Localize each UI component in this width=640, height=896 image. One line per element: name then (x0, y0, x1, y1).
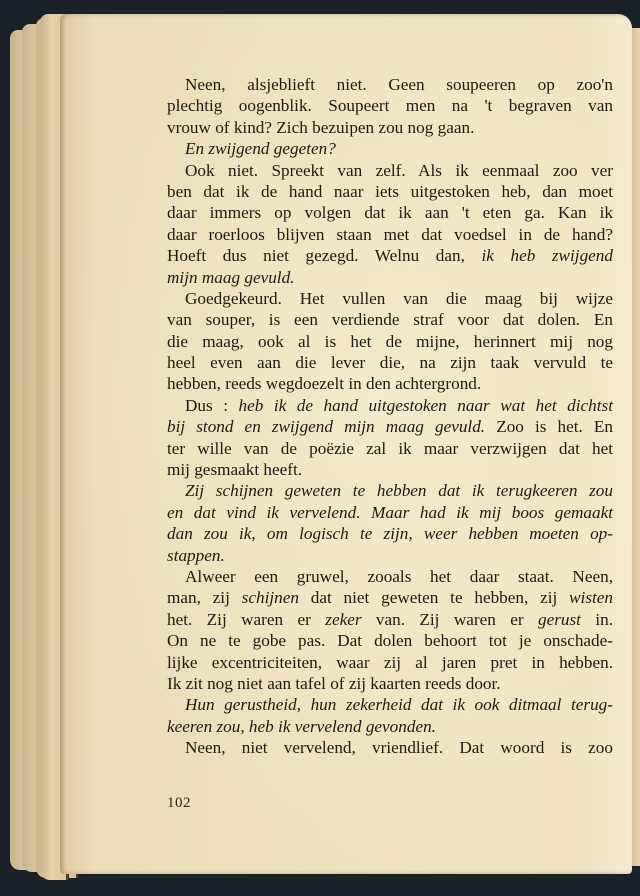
italic-text: En zwijgend gegeten? (185, 139, 336, 158)
text-segment: Zoo is het. En (485, 417, 613, 436)
italic-text: keeren zou, heb ik vervelend gevonden. (167, 717, 436, 736)
text-line: vrouw of kind? Zich bezuipen zou nog gaa… (167, 117, 613, 138)
text-segment: van. Zij waren er (362, 610, 538, 629)
text-segment: Ik zit nog niet aan tafel of zij kaarten… (167, 674, 501, 693)
text-segment: hebben, reeds wegdoezelt in den achtergr… (167, 374, 481, 393)
text-line: daar immers op volgen dat ik aan 't eten… (167, 202, 613, 223)
italic-text: gerust (538, 610, 581, 629)
text-segment: On ne te gobe pas. Dat dolen behoort tot… (167, 631, 613, 650)
text-line: keeren zou, heb ik vervelend gevonden. (167, 716, 613, 737)
text-line: van souper, is een verdiende straf voor … (167, 309, 613, 330)
text-line: hebben, reeds wegdoezelt in den achtergr… (167, 373, 613, 394)
text-line: plechtig oogenblik. Soupeert men na 't b… (167, 95, 613, 116)
text-line: Goedgekeurd. Het vullen van die maag bij… (167, 288, 613, 309)
text-line: Dus : heb ik de hand uitgestoken naar wa… (167, 395, 613, 416)
text-segment: daar roerloos blijven staan met dat voed… (167, 225, 613, 244)
text-segment: Ook niet. Spreekt van zelf. Als ik eenma… (185, 161, 613, 180)
text-segment: in. (581, 610, 613, 629)
text-line: Zij schijnen geweten te hebben dat ik te… (167, 480, 613, 501)
italic-text: en dat vind ik vervelend. Maar had ik mi… (167, 503, 613, 522)
text-segment: ter wille van de poëzie zal ik maar verz… (167, 439, 613, 458)
page-number: 102 (167, 795, 191, 812)
text-segment: Goedgekeurd. Het vullen van die maag bij… (185, 289, 613, 308)
text-line: Ook niet. Spreekt van zelf. Als ik eenma… (167, 160, 613, 181)
text-segment: die maag, ook al is het de mijne, herinn… (167, 332, 613, 351)
text-line: man, zij schijnen dat niet geweten te he… (167, 587, 613, 608)
text-line: en dat vind ik vervelend. Maar had ik mi… (167, 502, 613, 523)
text-line: Neen, niet vervelend, vriendlief. Dat wo… (167, 737, 613, 758)
text-segment: Dus : (185, 396, 239, 415)
text-segment: Neen, alsjeblieft niet. Geen soupeeren o… (185, 75, 613, 94)
italic-text: Zij schijnen geweten te hebben dat ik te… (185, 481, 613, 500)
text-line: bij stond en zwijgend mijn maag gevuld. … (167, 416, 613, 437)
italic-text: mijn maag gevuld. (167, 268, 294, 287)
text-line: dan zou ik, om logisch te zijn, weer heb… (167, 523, 613, 544)
text-line: mij gesmaakt heeft. (167, 459, 613, 480)
italic-text: schijnen (242, 588, 299, 607)
text-line: Hoeft dus niet gezegd. Welnu dan, ik heb… (167, 245, 613, 266)
italic-text: heb ik de hand uitgestoken naar wat het … (239, 396, 613, 415)
text-line: Neen, alsjeblieft niet. Geen soupeeren o… (167, 74, 613, 95)
text-segment: dat niet geweten te hebben, zij (299, 588, 569, 607)
text-line: daar roerloos blijven staan met dat voed… (167, 224, 613, 245)
text-line: Ik zit nog niet aan tafel of zij kaarten… (167, 673, 613, 694)
italic-text: wisten (569, 588, 613, 607)
italic-text: Hun gerustheid, hun zekerheid dat ik ook… (185, 695, 613, 714)
text-segment: Hoeft dus niet gezegd. Welnu dan, (167, 246, 481, 265)
italic-text: dan zou ik, om logisch te zijn, weer heb… (167, 524, 613, 543)
text-segment: het. Zij waren er (167, 610, 325, 629)
text-line: het. Zij waren er zeker van. Zij waren e… (167, 609, 613, 630)
text-segment: lijke excentriciteiten, waar zij al jare… (167, 653, 613, 672)
text-segment: van souper, is een verdiende straf voor … (167, 310, 613, 329)
text-line: die maag, ook al is het de mijne, herinn… (167, 331, 613, 352)
text-segment: vrouw of kind? Zich bezuipen zou nog gaa… (167, 118, 474, 137)
text-segment: man, zij (167, 588, 242, 607)
text-segment: plechtig oogenblik. Soupeert men na 't b… (167, 96, 613, 115)
italic-text: stappen. (167, 546, 225, 565)
text-line: mijn maag gevuld. (167, 267, 613, 288)
text-line: stappen. (167, 545, 613, 566)
page-body-text: Neen, alsjeblieft niet. Geen soupeeren o… (167, 74, 613, 759)
text-segment: ben dat ik de hand naar iets uitgestoken… (167, 182, 613, 201)
text-line: Alweer een gruwel, zooals het daar staat… (167, 566, 613, 587)
text-segment: mij gesmaakt heeft. (167, 460, 302, 479)
italic-text: bij stond en zwijgend mijn maag gevuld. (167, 417, 485, 436)
italic-text: ik heb zwijgend (481, 246, 613, 265)
italic-text: zeker (325, 610, 361, 629)
text-line: Hun gerustheid, hun zekerheid dat ik ook… (167, 694, 613, 715)
text-line: En zwijgend gegeten? (167, 138, 613, 159)
text-segment: daar immers op volgen dat ik aan 't eten… (167, 203, 613, 222)
text-segment: heel even aan die lever die, na zijn taa… (167, 353, 613, 372)
text-segment: Neen, niet vervelend, vriendlief. Dat wo… (185, 738, 613, 757)
text-segment: Alweer een gruwel, zooals het daar staat… (185, 567, 613, 586)
text-line: ter wille van de poëzie zal ik maar verz… (167, 438, 613, 459)
text-line: heel even aan die lever die, na zijn taa… (167, 352, 613, 373)
text-line: ben dat ik de hand naar iets uitgestoken… (167, 181, 613, 202)
text-line: On ne te gobe pas. Dat dolen behoort tot… (167, 630, 613, 651)
text-line: lijke excentriciteiten, waar zij al jare… (167, 652, 613, 673)
